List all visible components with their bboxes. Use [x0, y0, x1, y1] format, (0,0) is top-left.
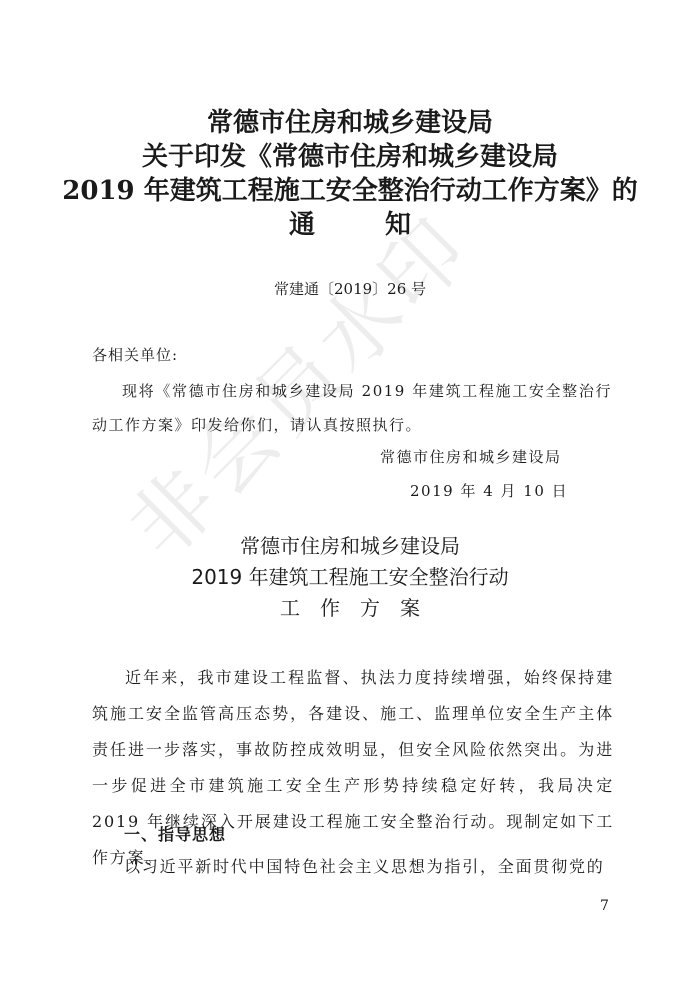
- section-heading-guiding-ideology: 一、指导思想: [124, 822, 226, 845]
- document-number: 常建通〔2019〕26 号: [0, 278, 700, 299]
- notice-title-line-1: 常德市住房和城乡建设局: [0, 106, 700, 140]
- signature-block: 常德市住房和城乡建设局 2019 年 4 月 10 日: [380, 440, 568, 508]
- recipient-salutation: 各相关单位:: [92, 344, 178, 365]
- notice-intro-paragraph: 现将《常德市住房和城乡建设局 2019 年建筑工程施工安全整治行动工作方案》印发…: [92, 374, 612, 442]
- notice-title-line-4: 通知: [289, 210, 481, 240]
- issuer-name: 常德市住房和城乡建设局: [380, 440, 568, 474]
- issue-date: 2019 年 4 月 10 日: [380, 474, 568, 508]
- notice-title-line-2: 关于印发《常德市住房和城乡建设局: [0, 140, 700, 174]
- document-page: 非会员水印 常德市住房和城乡建设局 关于印发《常德市住房和城乡建设局 2019 …: [0, 0, 700, 990]
- notice-title-line-3: 2019 年建筑工程施工安全整治行动工作方案》的: [0, 174, 700, 208]
- plan-title: 常德市住房和城乡建设局 2019 年建筑工程施工安全整治行动 工作方案: [0, 531, 700, 624]
- plan-title-line-2: 2019 年建筑工程施工安全整治行动: [0, 562, 700, 593]
- plan-title-line-1: 常德市住房和城乡建设局: [0, 531, 700, 562]
- page-number: 7: [600, 898, 609, 914]
- notice-title: 常德市住房和城乡建设局 关于印发《常德市住房和城乡建设局 2019 年建筑工程施…: [0, 106, 700, 242]
- plan-title-line-3: 工作方案: [280, 596, 440, 620]
- section-body-text: 以习近平新时代中国特色社会主义思想为指引，全面贯彻党的: [124, 854, 614, 877]
